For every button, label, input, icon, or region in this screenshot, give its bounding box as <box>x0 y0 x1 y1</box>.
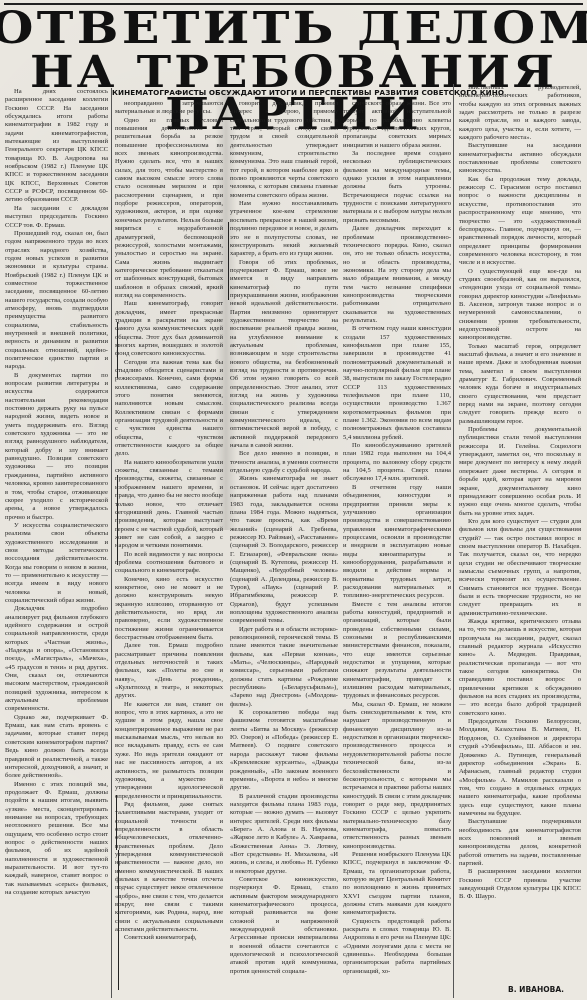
article-paragraph: зяйственных руководителей, инженерно-тех… <box>459 84 581 142</box>
article-paragraph: Далее тов. Ермаш подробно рассматривает … <box>115 642 223 700</box>
article-paragraph: Советское киноискусство, подчеркнул Ф. Е… <box>230 876 338 976</box>
article-column-5: зяйственных руководителей, инженерно-тех… <box>459 84 581 998</box>
article-paragraph: По всей видимости у вас вопросы проблема… <box>115 551 223 576</box>
article-paragraph: В отчетном году наши киностудии создали … <box>343 325 451 442</box>
article-paragraph: На нашего кинообозревателя ушли сюжеты, … <box>115 459 223 551</box>
article-paragraph: Наш кинематограф, говорит докладчик, име… <box>115 300 223 358</box>
article-paragraph: Председатели Госкино Белоруссии, Молдави… <box>459 718 581 818</box>
article-paragraph: говорит докладчик, проявил интерес к гер… <box>230 100 338 200</box>
pencil-margin-mark <box>118 850 119 990</box>
article-paragraph: стического образа жизни. Все это требует… <box>343 100 451 150</box>
article-paragraph: Нам нужно восстанавливать утраченное кое… <box>230 200 338 258</box>
article-paragraph: Жизнь кинематографа не знает остановок. … <box>230 475 338 625</box>
pencil-margin-mark <box>228 222 229 300</box>
article-paragraph: Говоря об этих проблемах, подчеркивает Ф… <box>230 259 338 451</box>
article-paragraph: На заседании с докладом выступил председ… <box>5 205 108 230</box>
article-paragraph: Как бы продолжая тему доклада, режиссер … <box>459 176 581 268</box>
article-paragraph: У искусства социалистического реализма с… <box>5 522 108 605</box>
article-paragraph: неоправданно затрачиваются материальные … <box>115 100 223 117</box>
article-paragraph: Решения ноябрьского Пленума ЦК КПСС, под… <box>343 851 451 918</box>
pencil-margin-mark <box>116 795 117 850</box>
column-divider <box>111 88 112 998</box>
pencil-margin-mark <box>117 322 118 378</box>
article-column-1: На днях состоялось расширенное заседание… <box>5 88 108 998</box>
article-paragraph: Все дело именно в позиции, в точности ан… <box>230 450 338 475</box>
article-paragraph: Сегодня эта важная тема как бы стыдливо … <box>115 359 223 459</box>
article-paragraph: Конечно, кино есть искусство конкретное,… <box>115 576 223 643</box>
article-column-4: стического образа жизни. Все это требует… <box>343 100 451 998</box>
article-paragraph: Жажда критики, критического отзыва на то… <box>459 618 581 718</box>
article-paragraph: Выступившие на заседании кинематографист… <box>459 142 581 175</box>
article-paragraph: Прошедший год, сказал он, был годом напр… <box>5 230 108 372</box>
article-paragraph: На днях состоялось расширенное заседание… <box>5 88 108 205</box>
article-paragraph: Не кажется ли вам, ставит он вопрос, что… <box>115 701 223 801</box>
article-paragraph: За последнее время создано несколько пуб… <box>343 150 451 225</box>
article-column-3: говорит докладчик, проявил интерес к гер… <box>230 100 338 998</box>
article-paragraph: Идет работа и в области историко-революц… <box>230 626 338 709</box>
article-paragraph: К сорокалетию победы над фашизмом готовя… <box>230 709 338 792</box>
article-paragraph: О существующей еще кое-где на студиях св… <box>459 268 581 343</box>
article-paragraph: Советский кинематограф, <box>115 934 223 942</box>
article-paragraph: В расширенном заседании коллегии Госкино… <box>459 868 581 901</box>
article-paragraph: В документах партии по вопросам развития… <box>5 372 108 522</box>
article-paragraph: Только масштаб героя, определяет масштаб… <box>459 343 581 426</box>
article-paragraph: Мы, сказал Ф. Ермаш, не можем быть снисх… <box>343 701 451 851</box>
article-paragraph: Однако же, подчеркивает Ф. Ермаш, как на… <box>5 714 108 781</box>
article-paragraph: Вместе с тем анализы итогов работы кинос… <box>343 601 451 701</box>
article-paragraph: Одно из главных условий повышения действ… <box>115 117 223 301</box>
article-paragraph: Далее докладчик переходит к проблемам пр… <box>343 225 451 325</box>
pencil-margin-mark <box>117 475 118 565</box>
article-paragraph: В различной стадии производства находятс… <box>230 793 338 876</box>
subheadline: КИНЕМАТОГРАФИСТЫ ОБСУЖДАЮТ ИТОГИ И ПЕРСП… <box>112 88 450 97</box>
article-column-2: неоправданно затрачиваются материальные … <box>115 100 223 998</box>
article-paragraph: Именно с этих позиций мы, продолжает Ф. … <box>5 781 108 898</box>
headline-line-1: ОТВЕТИТЬ ДЕЛОМ <box>0 8 587 50</box>
article-paragraph: В отчетном году наши объединения, киност… <box>343 484 451 601</box>
article-paragraph: Кто для кого существует — студии для фил… <box>459 518 581 618</box>
article-paragraph: По кинообслуживанию зрителей план 1982 г… <box>343 442 451 484</box>
author-signature: В. ИВАНОВА. <box>508 985 564 994</box>
article-paragraph: Сущность предстоящей работы раскрыта в с… <box>343 918 451 976</box>
article-paragraph: Проблемы документальной публицистики ста… <box>459 426 581 518</box>
article-paragraph: Докладчик подробно анализирует ряд фильм… <box>5 605 108 713</box>
article-paragraph: Выступавшие подчеркивали необходимость д… <box>459 818 581 868</box>
newspaper-page: ОТВЕТИТЬ ДЕЛОМ НА ТРЕБОВАНИЯ ПАРТИИ КИНЕ… <box>0 0 587 1000</box>
column-divider <box>453 84 454 998</box>
article-paragraph: Ряд фильмов, даже снятых талантливыми ма… <box>115 801 223 935</box>
